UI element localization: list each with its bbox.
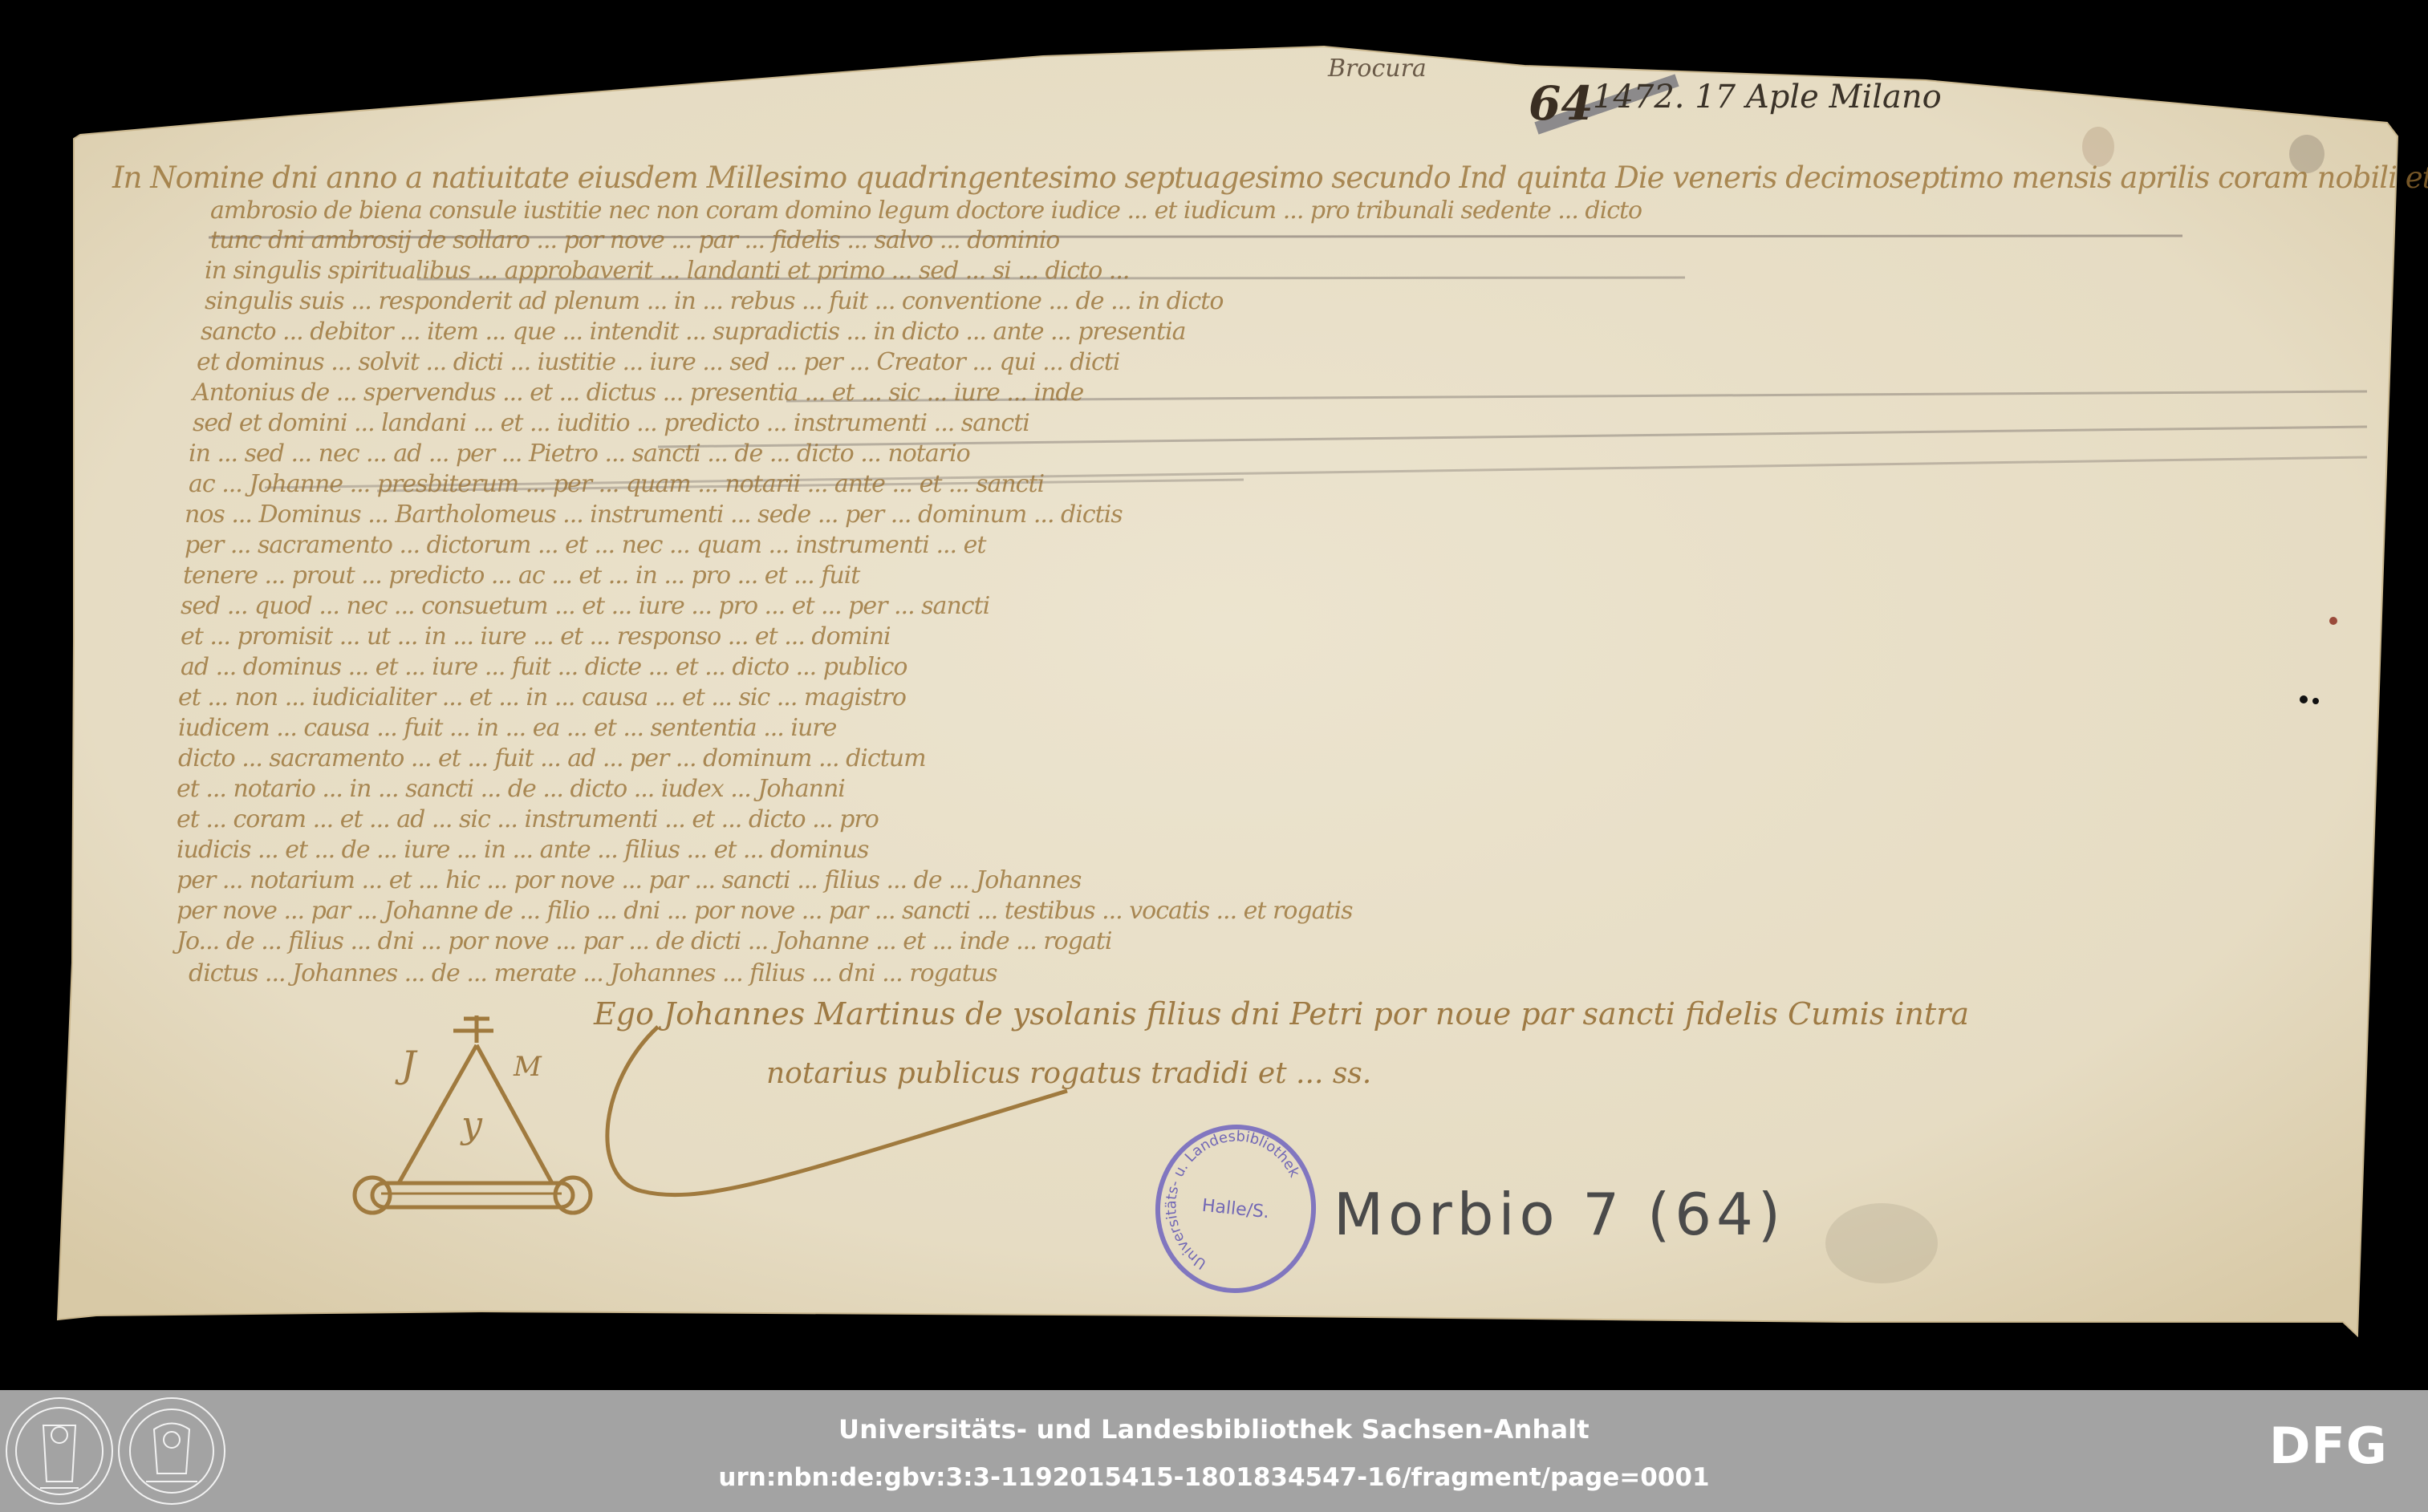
dfg-logo-icon: DFG (2269, 1422, 2414, 1470)
stamp-ring: Universitäts- u. Landesbibliothek (1152, 1122, 1319, 1296)
library-stamp: Universitäts- u. Landesbibliothek Halle/… (1147, 1117, 1325, 1301)
svg-text:Universitäts- u. Landesbibliot: Universitäts- u. Landesbibliothek (1156, 1122, 1307, 1283)
library-footer: Universitäts- und Landesbibliothek Sachs… (0, 1390, 2428, 1512)
manuscript-scan: Brocura 64 1472. 17 Aple Milano In Nomin… (0, 0, 2428, 1390)
library-name: Universitäts- und Landesbibliothek Sachs… (0, 1414, 2428, 1445)
urn-identifier[interactable]: urn:nbn:de:gbv:3:3-1192015415-1801834547… (0, 1463, 2428, 1492)
university-seals-icon (2, 1393, 234, 1510)
